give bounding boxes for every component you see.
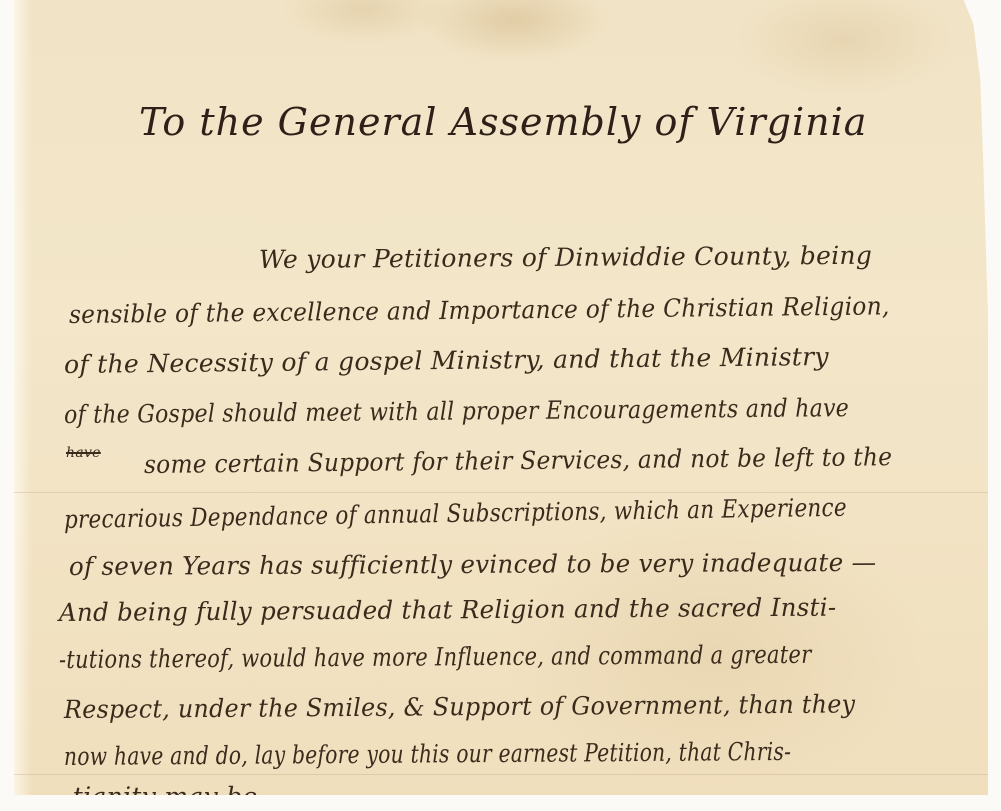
- text-line-1: We your Petitioners of Dinwiddie County,…: [259, 241, 872, 274]
- text-line-7: of seven Years has sufficiently evinced …: [69, 548, 876, 581]
- text-line-5: some certain Support for their Services,…: [144, 442, 893, 479]
- text-line-9: -tutions thereof, would have more Influe…: [59, 640, 812, 674]
- struck-word: have: [66, 445, 101, 461]
- text-line-3: of the Necessity of a gospel Ministry, a…: [64, 342, 829, 379]
- text-line-8: And being fully persuaded that Religion …: [59, 593, 837, 627]
- document-viewer: To the General Assembly of Virginia We y…: [0, 0, 1001, 795]
- text-line-11: now have and do, lay before you this our…: [64, 737, 791, 771]
- text-line-10: Respect, under the Smiles, & Support of …: [64, 689, 856, 724]
- text-line-6: precarious Dependance of annual Subscrip…: [64, 493, 847, 534]
- text-line-4: of the Gospel should meet with all prope…: [64, 393, 849, 429]
- paper-fold-line: [14, 774, 988, 775]
- text-line-12: -tianity may be ...: [64, 782, 291, 795]
- manuscript-page: To the General Assembly of Virginia We y…: [14, 0, 988, 795]
- text-line-2: sensible of the excellence and Importanc…: [69, 291, 890, 329]
- document-title: To the General Assembly of Virginia: [139, 100, 867, 144]
